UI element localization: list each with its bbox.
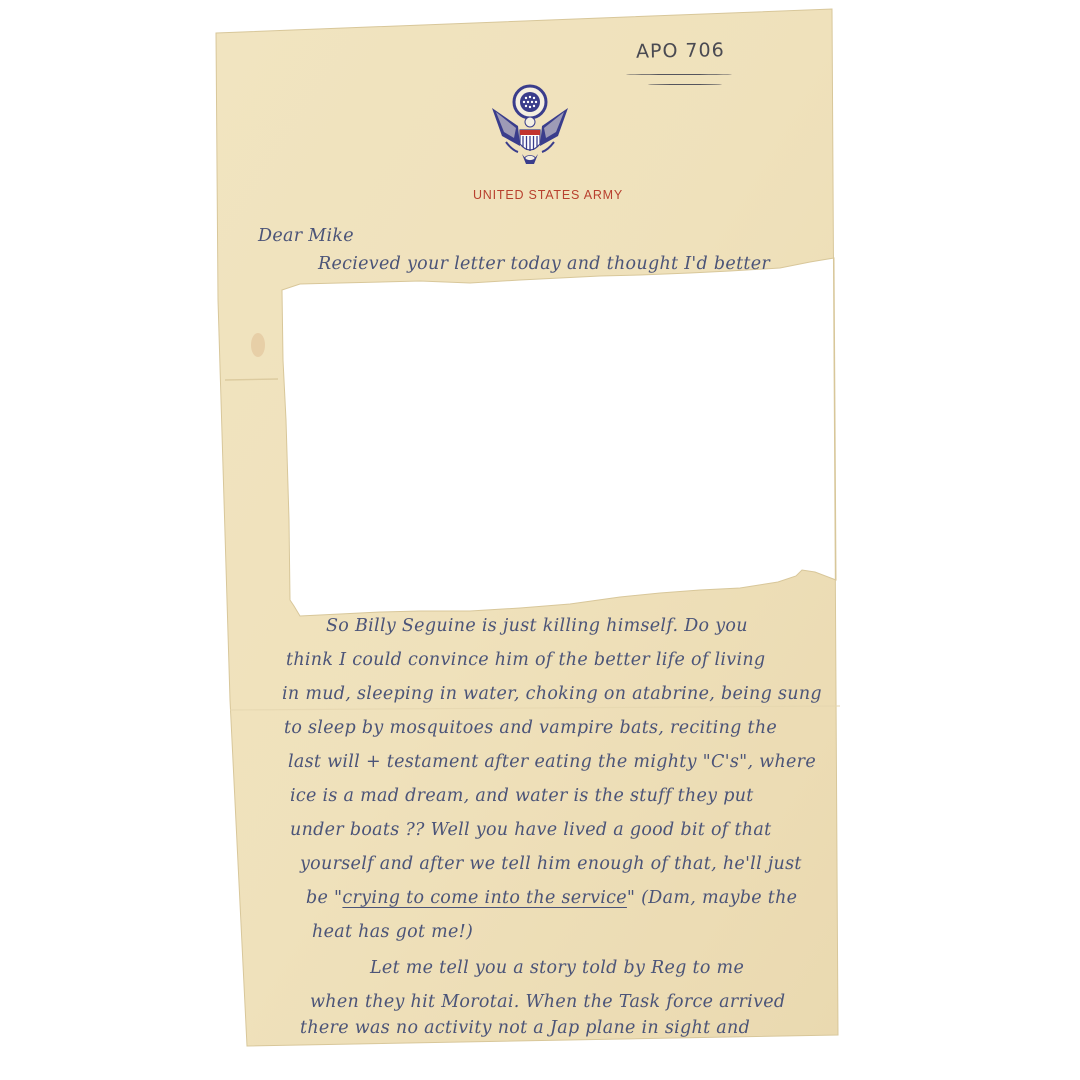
salutation: Dear Mike <box>258 226 354 246</box>
letter-line: So Billy Seguine is just killing himself… <box>326 616 748 636</box>
letter-line: last will + testament after eating the m… <box>288 752 816 772</box>
letter-line: yourself and after we tell him enough of… <box>300 854 802 874</box>
letter-line: in mud, sleeping in water, choking on at… <box>282 684 822 704</box>
letter-line: ice is a mad dream, and water is the stu… <box>290 786 754 806</box>
letter-line: when they hit Morotai. When the Task for… <box>310 992 785 1012</box>
letter-line: under boats ?? Well you have lived a goo… <box>290 820 771 840</box>
letter-line: to sleep by mosquitoes and vampire bats,… <box>284 718 777 738</box>
line-segment: be " <box>306 888 342 908</box>
letter-line: heat has got me!) <box>312 922 473 942</box>
great-seal-eagle-icon <box>484 80 576 172</box>
letter-line: Let me tell you a story told by Reg to m… <box>370 958 744 978</box>
corner-note-underline <box>648 84 722 85</box>
stain <box>251 333 265 357</box>
letter-line: think I could convince him of the better… <box>286 650 765 670</box>
fold-crease <box>225 379 278 380</box>
letter-line: be "crying to come into the service" (Da… <box>306 888 797 908</box>
letter-line: there was no activity not a Jap plane in… <box>300 1018 750 1038</box>
letter-line: Recieved your letter today and thought I… <box>318 254 770 274</box>
letter-scan: APO 706 UNITED STATES AR <box>0 0 1080 1080</box>
corner-note-underline <box>626 74 732 75</box>
letterhead: UNITED STATES ARMY <box>0 188 1080 202</box>
underlined-phrase: crying to come into the service <box>342 888 627 908</box>
line-segment: " (Dam, maybe the <box>627 888 797 908</box>
corner-note: APO 706 <box>636 39 725 63</box>
